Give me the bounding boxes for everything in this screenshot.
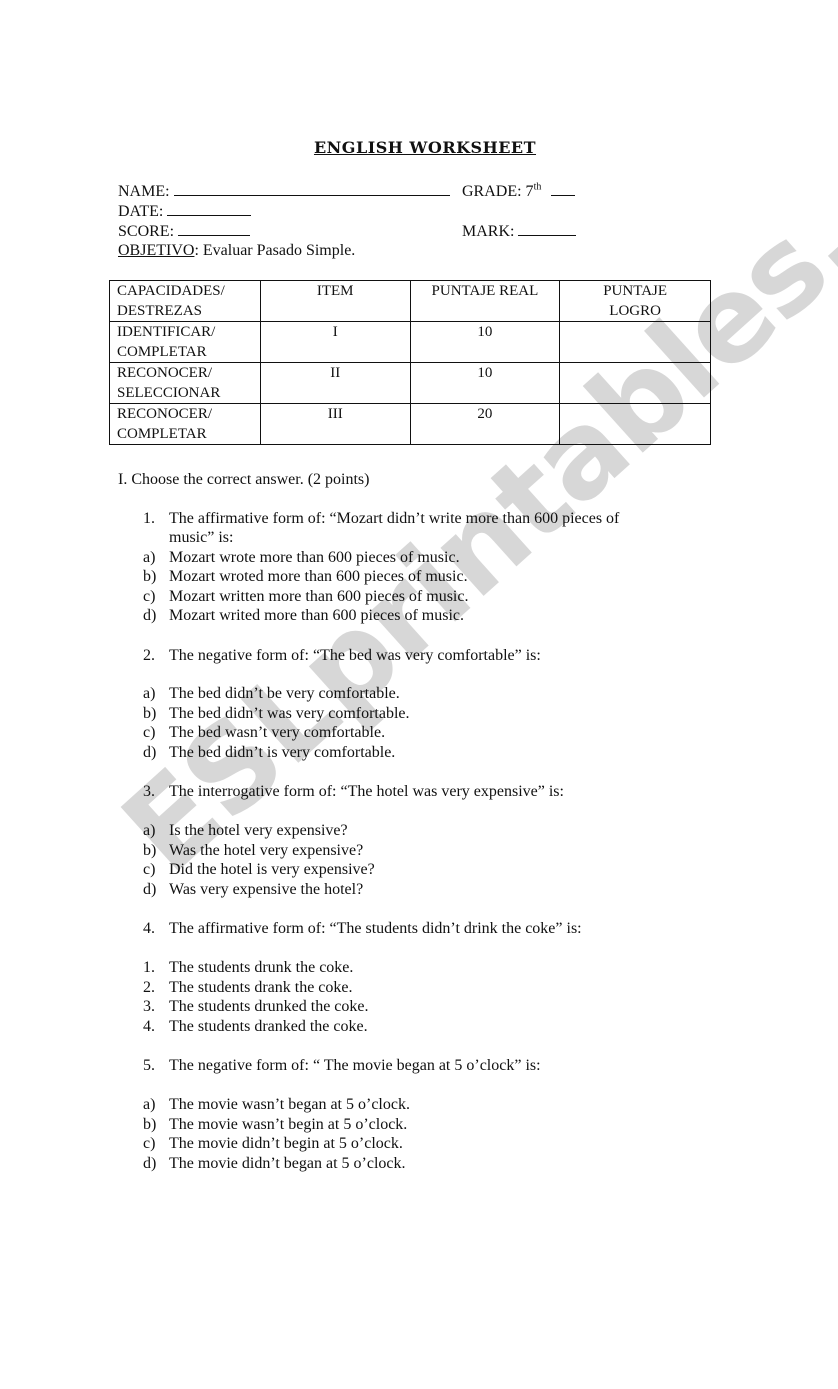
grade-blank[interactable] (551, 181, 575, 196)
question-2: 2.The negative form of: “The bed was ver… (143, 646, 541, 666)
question-3: 3.The interrogative form of: “The hotel … (143, 782, 564, 802)
option-3a[interactable]: a)Is the hotel very expensive? (143, 821, 348, 841)
name-field: NAME: (118, 181, 450, 202)
achieved-cell[interactable] (560, 404, 711, 445)
mark-label: MARK: (462, 223, 514, 240)
question-1: 1.The affirmative form of: “Mozart didn’… (143, 509, 619, 529)
option-3c[interactable]: c)Did the hotel is very expensive? (143, 860, 375, 880)
option-3b[interactable]: b)Was the hotel very expensive? (143, 841, 363, 861)
name-blank[interactable] (174, 181, 450, 196)
mark-blank[interactable] (518, 221, 576, 236)
score-field: SCORE: (118, 221, 250, 242)
header-skills: CAPACIDADES/DESTREZAS (110, 281, 261, 322)
score-cell: 20 (410, 404, 560, 445)
item-cell: III (260, 404, 410, 445)
grade-superscript: th (534, 182, 542, 193)
option-5c[interactable]: c)The movie didn’t begin at 5 o’clock. (143, 1134, 403, 1154)
name-label: NAME: (118, 183, 170, 200)
option-5a[interactable]: a)The movie wasn’t began at 5 o’clock. (143, 1095, 410, 1115)
option-4-3[interactable]: 3.The students drunked the coke. (143, 997, 369, 1017)
option-2a[interactable]: a)The bed didn’t be very comfortable. (143, 684, 400, 704)
header-achieved-score: PUNTAJELOGRO (560, 281, 711, 322)
option-5d[interactable]: d)The movie didn’t began at 5 o’clock. (143, 1154, 406, 1174)
score-blank[interactable] (178, 221, 250, 236)
option-1c[interactable]: c)Mozart written more than 600 pieces of… (143, 587, 468, 607)
section-instruction: I. Choose the correct answer. (2 points) (118, 470, 369, 490)
mark-field: MARK: (462, 221, 576, 242)
option-5b[interactable]: b)The movie wasn’t begin at 5 o’clock. (143, 1115, 407, 1135)
grade-label: GRADE: 7 (462, 183, 534, 200)
option-1d[interactable]: d)Mozart writed more than 600 pieces of … (143, 606, 464, 626)
option-2b[interactable]: b)The bed didn’t was very comfortable. (143, 704, 410, 724)
option-2d[interactable]: d)The bed didn’t is very comfortable. (143, 743, 395, 763)
option-2c[interactable]: c)The bed wasn’t very comfortable. (143, 723, 385, 743)
option-1b[interactable]: b)Mozart wroted more than 600 pieces of … (143, 567, 468, 587)
scores-table: CAPACIDADES/DESTREZAS ITEM PUNTAJE REAL … (109, 280, 711, 445)
date-field: DATE: (118, 201, 251, 222)
question-4: 4.The affirmative form of: “The students… (143, 919, 582, 939)
item-cell: II (260, 363, 410, 404)
table-row: IDENTIFICAR/COMPLETAR I 10 (110, 322, 711, 363)
skill-cell: IDENTIFICAR/COMPLETAR (110, 322, 261, 363)
achieved-cell[interactable] (560, 322, 711, 363)
score-cell: 10 (410, 363, 560, 404)
table-header-row: CAPACIDADES/DESTREZAS ITEM PUNTAJE REAL … (110, 281, 711, 322)
worksheet-title: ENGLISH WORKSHEET (0, 138, 838, 158)
option-4-1[interactable]: 1.The students drunk the coke. (143, 958, 353, 978)
question-1-continued: music” is: (169, 528, 233, 548)
table-row: RECONOCER/SELECCIONAR II 10 (110, 363, 711, 404)
score-cell: 10 (410, 322, 560, 363)
question-5: 5.The negative form of: “ The movie bega… (143, 1056, 541, 1076)
header-item: ITEM (260, 281, 410, 322)
option-4-4[interactable]: 4.The students dranked the coke. (143, 1017, 368, 1037)
option-4-2[interactable]: 2.The students drank the coke. (143, 978, 353, 998)
date-label: DATE: (118, 203, 163, 220)
objective-text: : Evaluar Pasado Simple. (194, 242, 355, 259)
table-row: RECONOCER/COMPLETAR III 20 (110, 404, 711, 445)
grade-field: GRADE: 7th (462, 181, 575, 202)
objective: OBJETIVO: Evaluar Pasado Simple. (118, 241, 355, 261)
skill-cell: RECONOCER/SELECCIONAR (110, 363, 261, 404)
item-cell: I (260, 322, 410, 363)
skill-cell: RECONOCER/COMPLETAR (110, 404, 261, 445)
score-label: SCORE: (118, 223, 174, 240)
achieved-cell[interactable] (560, 363, 711, 404)
objective-label: OBJETIVO (118, 242, 194, 259)
header-real-score: PUNTAJE REAL (410, 281, 560, 322)
option-3d[interactable]: d)Was very expensive the hotel? (143, 880, 363, 900)
option-1a[interactable]: a)Mozart wrote more than 600 pieces of m… (143, 548, 460, 568)
date-blank[interactable] (167, 201, 251, 216)
